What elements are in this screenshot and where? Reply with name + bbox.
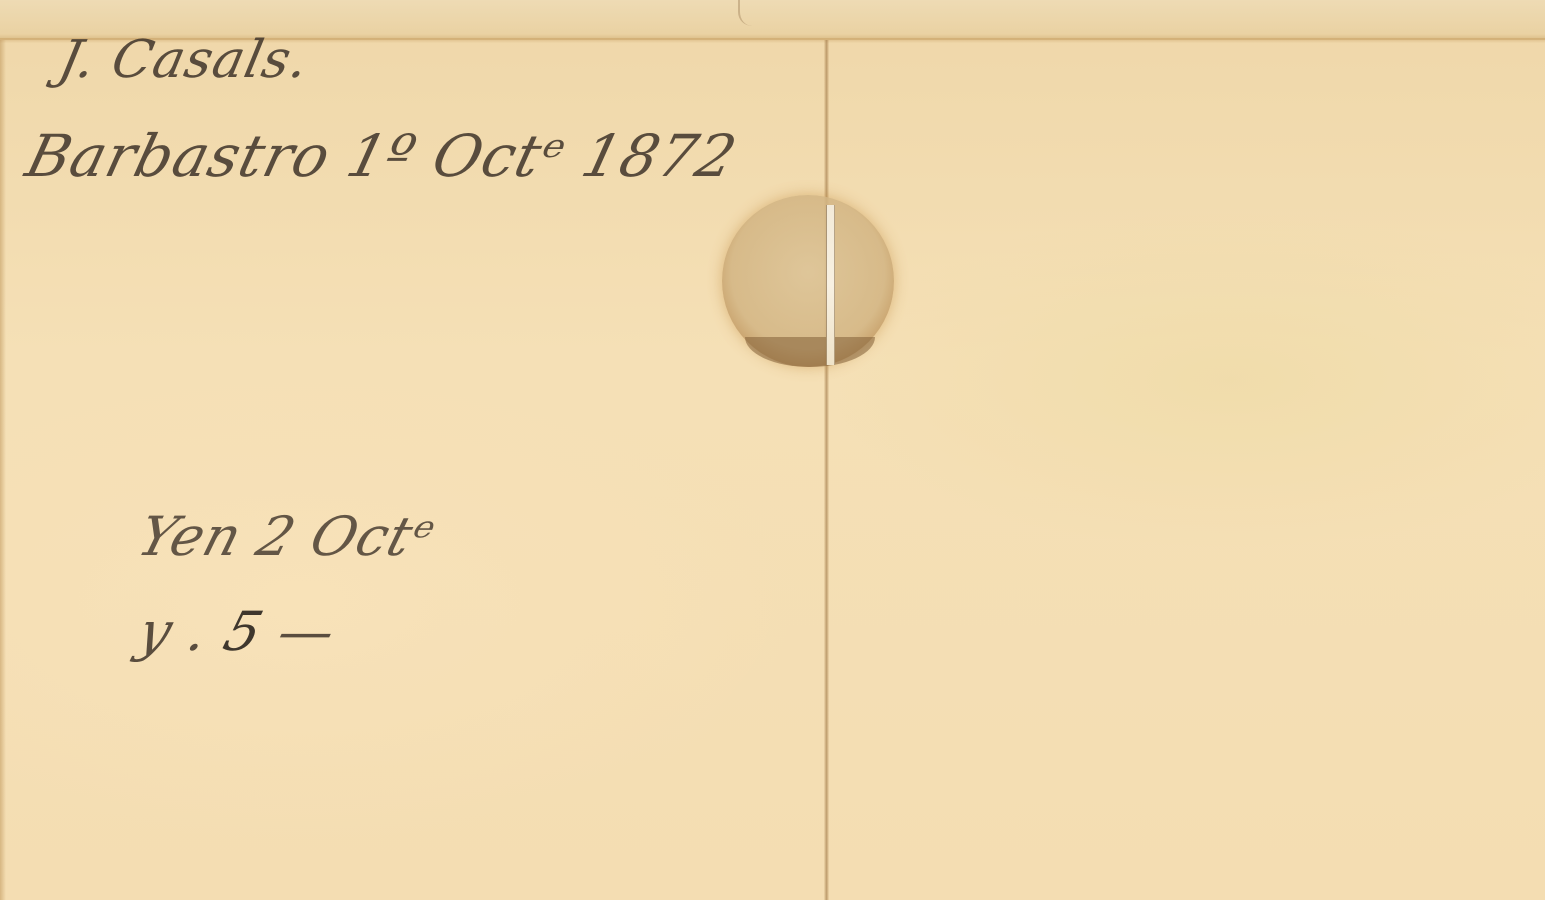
seal-stain xyxy=(745,337,875,367)
sender-name: J. Casals. xyxy=(54,30,315,90)
receipt-note: Yen 2 Octᵉ xyxy=(131,505,443,568)
vertical-fold-crease xyxy=(824,40,829,900)
seal-tear xyxy=(826,205,835,365)
left-edge xyxy=(0,40,6,900)
letter-cover: J. Casals. Barbastro 1º Octᵉ 1872 Yen 2 … xyxy=(0,0,1545,900)
flap-corner xyxy=(738,0,780,26)
place-and-date: Barbastro 1º Octᵉ 1872 xyxy=(20,122,744,190)
reply-note: y . 5 — xyxy=(131,600,344,663)
